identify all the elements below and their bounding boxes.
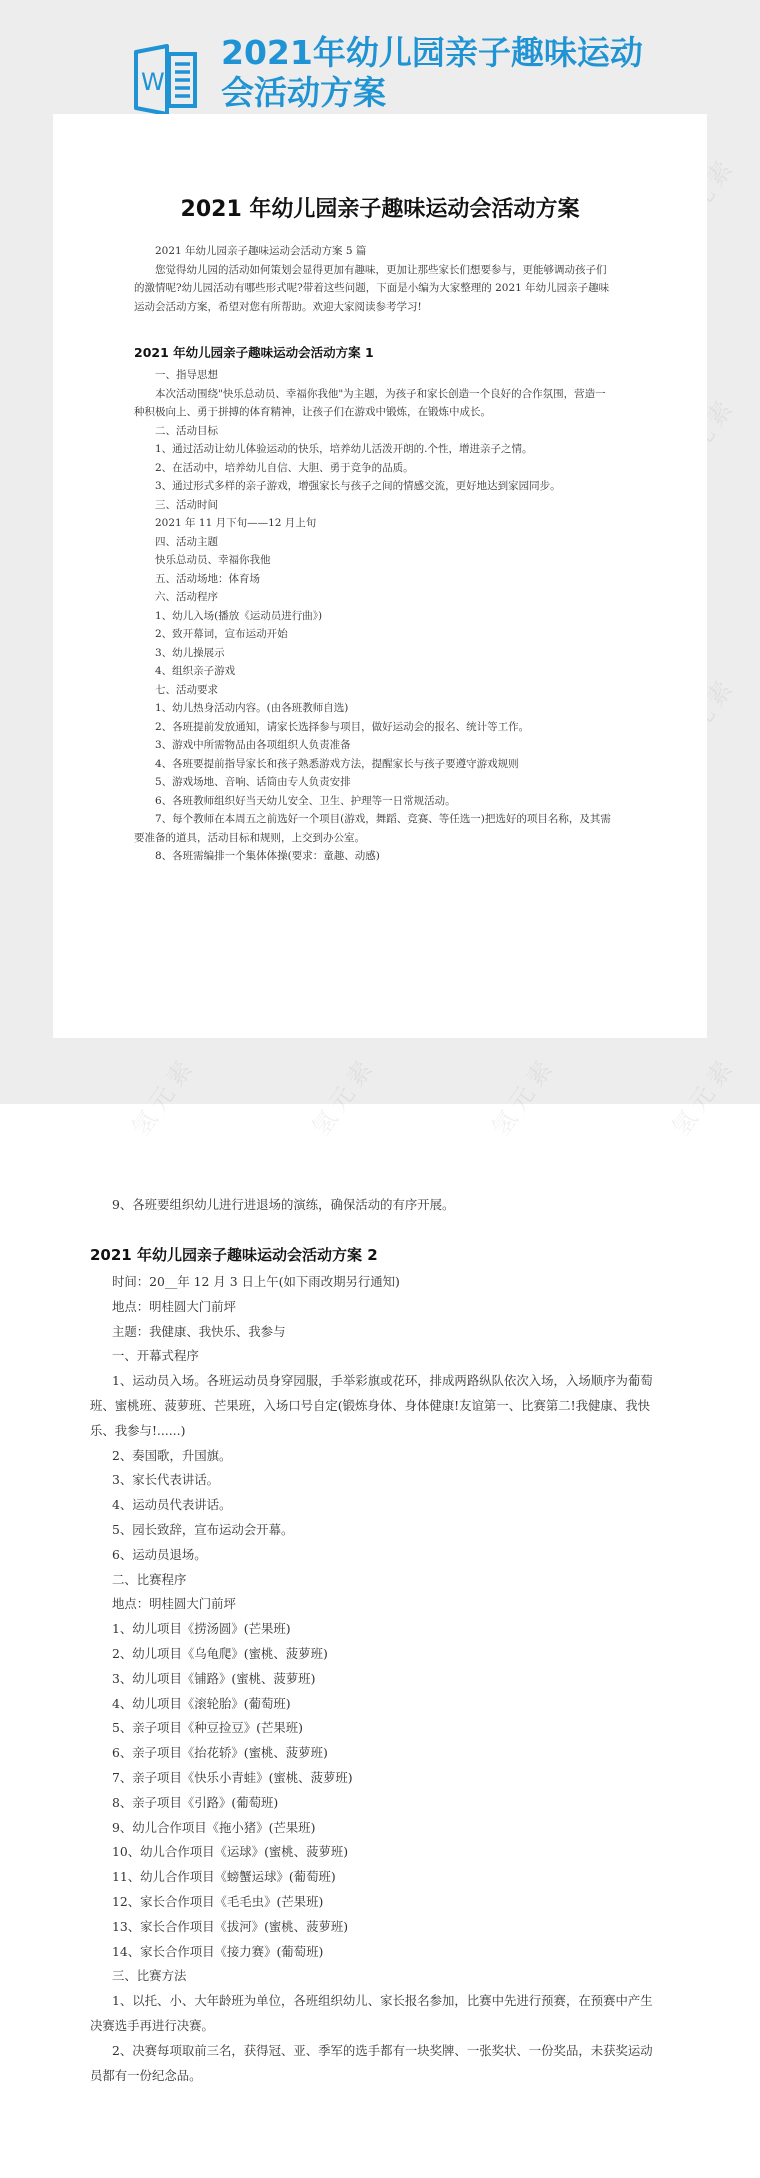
word-document-icon: W [133, 44, 199, 116]
intro-line: 2021 年幼儿园亲子趣味运动会活动方案 5 篇 [134, 242, 654, 261]
text-line: 4、组织亲子游戏 [134, 662, 654, 681]
text-line: 一、指导思想 [134, 366, 654, 385]
text-line: 地点：明桂圆大门前坪 [90, 1295, 690, 1320]
text-line: 8、各班需编排一个集体体操(要求：童趣、动感) [134, 847, 654, 866]
text-line: 七、活动要求 [134, 681, 654, 700]
banner-title-line-2: 会活动方案 [221, 73, 681, 113]
text-line: 2、各班提前发放通知，请家长选择参与项目，做好运动会的报名、统计等工作。 [134, 718, 654, 737]
text-line: 二、比赛程序 [90, 1568, 690, 1593]
list-item: 1、幼儿项目《捞汤圆》(芒果班) [90, 1617, 690, 1642]
document-page-1: 2021 年幼儿园亲子趣味运动会活动方案 2021 年幼儿园亲子趣味运动会活动方… [53, 114, 707, 1038]
list-item: 14、家长合作项目《接力赛》(葡萄班) [90, 1940, 690, 1965]
list-item: 13、家长合作项目《拔河》(蜜桃、菠萝班) [90, 1915, 690, 1940]
section-2: 时间：20__年 12 月 3 日上午(如下雨改期另行通知) 地点：明桂圆大门前… [90, 1270, 690, 2088]
text-line: 2、决赛每项取前三名，获得冠、亚、季军的选手都有一块奖牌、一张奖状、一份奖品，未… [90, 2039, 690, 2064]
text-line: 3、幼儿操展示 [134, 644, 654, 663]
text-line: 9、各班要组织幼儿进行进退场的演练，确保活动的有序开展。 [90, 1193, 690, 1218]
text-line: 班、蜜桃班、菠萝班、芒果班，入场口号自定(锻炼身体、身体健康!友谊第一、比赛第二… [90, 1394, 690, 1419]
section-1-title: 2021 年幼儿园亲子趣味运动会活动方案 1 [134, 344, 654, 366]
text-line: 五、活动场地：体育场 [134, 570, 654, 589]
text-line: 1、幼儿热身活动内容。(由各班教师自选) [134, 699, 654, 718]
list-item: 9、幼儿合作项目《拖小猪》(芒果班) [90, 1816, 690, 1841]
text-line: 时间：20__年 12 月 3 日上午(如下雨改期另行通知) [90, 1270, 690, 1295]
list-item: 10、幼儿合作项目《运球》(蜜桃、菠萝班) [90, 1840, 690, 1865]
intro-line: 的激情呢?幼儿园活动有哪些形式呢?带着这些问题，下面是小编为大家整理的 2021… [134, 279, 654, 298]
text-line: 3、游戏中所需物品由各项组织人负责准备 [134, 736, 654, 755]
svg-text:W: W [141, 68, 165, 96]
text-line: 2、致开幕词，宣布运动开始 [134, 625, 654, 644]
text-line: 4、各班要提前指导家长和孩子熟悉游戏方法，提醒家长与孩子要遵守游戏规则 [134, 755, 654, 774]
list-item: 2、幼儿项目《乌龟爬》(蜜桃、菠萝班) [90, 1642, 690, 1667]
text-line: 地点：明桂圆大门前坪 [90, 1592, 690, 1617]
text-line: 二、活动目标 [134, 422, 654, 441]
text-line: 三、比赛方法 [90, 1964, 690, 1989]
text-line: 3、家长代表讲话。 [90, 1468, 690, 1493]
text-line: 5、园长致辞，宣布运动会开幕。 [90, 1518, 690, 1543]
text-line: 六、活动程序 [134, 588, 654, 607]
text-line: 快乐总动员、幸福你我他 [134, 551, 654, 570]
text-line: 四、活动主题 [134, 533, 654, 552]
list-item: 4、幼儿项目《滚轮胎》(葡萄班) [90, 1692, 690, 1717]
document-banner: W 2021年幼儿园亲子趣味运动 会活动方案 [133, 33, 653, 113]
text-line: 2、奏国歌，升国旗。 [90, 1444, 690, 1469]
text-line: 7、每个教师在本周五之前选好一个项目(游戏，舞蹈、竞赛、等任选一)把选好的项目名… [134, 810, 654, 829]
section-1: 2021 年幼儿园亲子趣味运动会活动方案 1 一、指导思想 本次活动围绕"快乐总… [134, 344, 654, 866]
text-line: 本次活动围绕"快乐总动员、幸福你我他"为主题，为孩子和家长创造一个良好的合作氛围… [134, 385, 654, 404]
continued-line: 9、各班要组织幼儿进行进退场的演练，确保活动的有序开展。 [90, 1193, 690, 1218]
section-2-title: 2021 年幼儿园亲子趣味运动会活动方案 2 [90, 1244, 378, 1265]
text-line: 2021 年 11 月下旬——12 月上旬 [134, 514, 654, 533]
list-item: 7、亲子项目《快乐小青蛙》(蜜桃、菠萝班) [90, 1766, 690, 1791]
text-line: 6、运动员退场。 [90, 1543, 690, 1568]
document-title: 2021 年幼儿园亲子趣味运动会活动方案 [53, 192, 707, 223]
text-line: 要准备的道具，活动目标和规则，上交到办公室。 [134, 829, 654, 848]
text-line: 3、通过形式多样的亲子游戏，增强家长与孩子之间的情感交流，更好地达到家园同步。 [134, 477, 654, 496]
text-line: 1、以托、小、大年龄班为单位，各班组织幼儿、家长报名参加，比赛中先进行预赛，在预… [90, 1989, 690, 2014]
text-line: 决赛选手再进行决赛。 [90, 2014, 690, 2039]
list-item: 11、幼儿合作项目《螃蟹运球》(葡萄班) [90, 1865, 690, 1890]
text-line: 主题：我健康、我快乐、我参与 [90, 1320, 690, 1345]
text-line: 乐、我参与!......) [90, 1419, 690, 1444]
list-item: 12、家长合作项目《毛毛虫》(芒果班) [90, 1890, 690, 1915]
text-line: 三、活动时间 [134, 496, 654, 515]
list-item: 6、亲子项目《抬花轿》(蜜桃、菠萝班) [90, 1741, 690, 1766]
list-item: 3、幼儿项目《铺路》(蜜桃、菠萝班) [90, 1667, 690, 1692]
intro-line: 您觉得幼儿园的活动如何策划会显得更加有趣味，更加让那些家长们想要参与，更能够调动… [134, 261, 654, 280]
text-line: 4、运动员代表讲话。 [90, 1493, 690, 1518]
text-line: 5、游戏场地、音响、话筒由专人负责安排 [134, 773, 654, 792]
intro-line: 运动会活动方案，希望对您有所帮助。欢迎大家阅读参考学习! [134, 298, 654, 317]
banner-title-line-1: 2021年幼儿园亲子趣味运动 [221, 33, 681, 73]
banner-title: 2021年幼儿园亲子趣味运动 会活动方案 [221, 33, 681, 113]
text-line: 种积极向上、勇于拼搏的体育精神，让孩子们在游戏中锻炼，在锻炼中成长。 [134, 403, 654, 422]
text-line: 1、运动员入场。各班运动员身穿园服，手举彩旗或花环，排成两路纵队依次入场，入场顺… [90, 1369, 690, 1394]
text-line: 6、各班教师组织好当天幼儿安全、卫生、护理等一日常规活动。 [134, 792, 654, 811]
intro-block: 2021 年幼儿园亲子趣味运动会活动方案 5 篇 您觉得幼儿园的活动如何策划会显… [134, 242, 654, 316]
text-line: 1、幼儿入场(播放《运动员进行曲》) [134, 607, 654, 626]
text-line: 1、通过活动让幼儿体验运动的快乐，培养幼儿活泼开朗的.个性，增进亲子之情。 [134, 440, 654, 459]
text-line: 员都有一份纪念品。 [90, 2064, 690, 2089]
list-item: 5、亲子项目《种豆捡豆》(芒果班) [90, 1716, 690, 1741]
text-line: 一、开幕式程序 [90, 1344, 690, 1369]
text-line: 2、在活动中，培养幼儿自信、大胆、勇于竞争的品质。 [134, 459, 654, 478]
list-item: 8、亲子项目《引路》(葡萄班) [90, 1791, 690, 1816]
